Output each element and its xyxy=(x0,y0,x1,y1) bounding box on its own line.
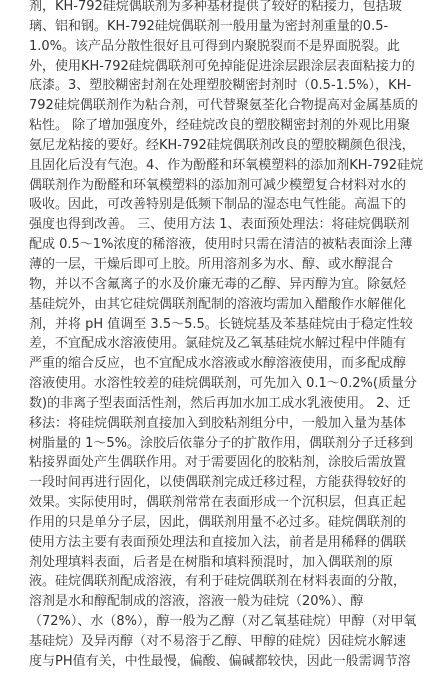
text-line: 基硅烷）及异丙醇（对不易溶于乙醇、甲醇的硅烷）因硅烷水解速 xyxy=(29,632,379,652)
text-line: 1.0%。该产品分散性很好且可得到内聚脱裂而不是界面脱裂。此 xyxy=(29,37,379,57)
text-line: 配成 0.5～1%浓度的稀溶液，使用时只需在清洁的被粘表面涂上薄 xyxy=(29,235,379,255)
text-line: 度与PH值有关，中性最慢，偏酸、偏碱都较快，因此一般需调节溶 xyxy=(29,652,379,672)
text-line: 作用的只是单分子层，因此，偶联剂用量不必过多。硅烷偶联剂的 xyxy=(29,513,379,533)
text-line: 吸收。因此，可改善特别是低频下制品的湿态电气性能。高温下的 xyxy=(29,195,379,215)
text-line: （72%）、水（8%），醇一般为乙醇（对乙氧基硅烷）甲醇（对甲氧 xyxy=(29,612,379,632)
text-line: 数)的非离子型表面活性剂，然后再加水加工成水乳液使用。 2、迁 xyxy=(29,394,379,414)
text-line: 外，使用KH-792硅烷偶联剂可免掉能促进涂层跟涂层表面粘接力的 xyxy=(29,57,379,77)
text-line: 薄的一层，干燥后即可上胶。所用溶剂多为水、醇、或水醇混合 xyxy=(29,255,379,275)
text-line: 一段时间再进行固化，以使偶联剂完成迁移过程，方能获得较好的 xyxy=(29,473,379,493)
text-line: 剂，并将 pH 值调至 3.5～5.5。长链烷基及苯基硅烷由于稳定性较 xyxy=(29,315,379,335)
text-line: 偶联剂作为酚醛和环氧模塑料的添加剂可减少模塑复合材料对水的 xyxy=(29,176,379,196)
text-line: 效果。实际使用时，偶联剂常常在表面形成一个沉积层，但真正起 xyxy=(29,493,379,513)
text-line: 粘性。 除了增加强度外，经硅烷改良的塑胶糊密封剂的外观比用聚 xyxy=(29,116,379,136)
text-line: 溶液使用。水溶性较差的硅烷偶联剂，可先加入 0.1～0.2%(质量分 xyxy=(29,374,379,394)
text-line: 粘接界面处产生偶联作用。对于需要固化的胶粘剂，涂胶后需放置 xyxy=(29,453,379,473)
text-line: 物，并以不含氟离子的水及价廉无毒的乙醇、异丙醇为宜。除氨烃 xyxy=(29,275,379,295)
text-line: 溶剂是水和醇配制成的溶液，溶液一般为硅烷（20%）、醇 xyxy=(29,592,379,612)
text-line: 氨尼龙粘接的要好。经KH-792硅烷偶联剂改良的塑胶糊颜色很浅， xyxy=(29,136,379,156)
article-body: 剂，KH-792硅烷偶联剂为多种基材提供了较好的粘接力，包括玻 璃、铝和钢。KH… xyxy=(29,0,379,672)
text-line: 底漆。3、塑胶糊密封剂在处理塑胶糊密封剂时（0.5-1.5%），KH- xyxy=(29,76,379,96)
text-line: 剂处理填料表面，后者是在树脂和填料预混时，加入偶联剂的原 xyxy=(29,553,379,573)
text-line: 移法：将硅烷偶联剂直接加入到胶粘剂组分中，一般加入量为基体 xyxy=(29,414,379,434)
text-line: 差，不宜配成水溶液使用。氯硅烷及乙氧基硅烷水解过程中伴随有 xyxy=(29,334,379,354)
text-line: 剂，KH-792硅烷偶联剂为多种基材提供了较好的粘接力，包括玻 xyxy=(29,0,379,17)
text-line: 使用方法主要有表面预处理法和直接加入法，前者是用稀释的偶联 xyxy=(29,533,379,553)
text-line: 强度也得到改善。 三、使用方法 1、表面预处理法：将硅烷偶联剂 xyxy=(29,215,379,235)
text-line: 严重的缩合反应，也不宜配成水溶液或水醇溶液使用，而多配成醇 xyxy=(29,354,379,374)
text-line: 基硅烷外，由其它硅烷偶联剂配制的溶液均需加入醋酸作水解催化 xyxy=(29,295,379,315)
text-line: 792硅烷偶联剂作为粘合剂，可代替聚氨荃化合物提高对金属基质的 xyxy=(29,96,379,116)
text-line: 且固化后没有气泡。4、作为酚醛和环氧模塑料的添加剂KH-792硅烷 xyxy=(29,156,379,176)
text-line: 树脂量的 1～5%。涂胶后依靠分子的扩散作用，偶联剂分子迁移到 xyxy=(29,434,379,454)
text-line: 璃、铝和钢。KH-792硅烷偶联剂一般用量为密封剂重量的0.5- xyxy=(29,17,379,37)
text-line: 液。硅烷偶联剂配成溶液，有利于硅烷偶联剂在材料表面的分散， xyxy=(29,572,379,592)
